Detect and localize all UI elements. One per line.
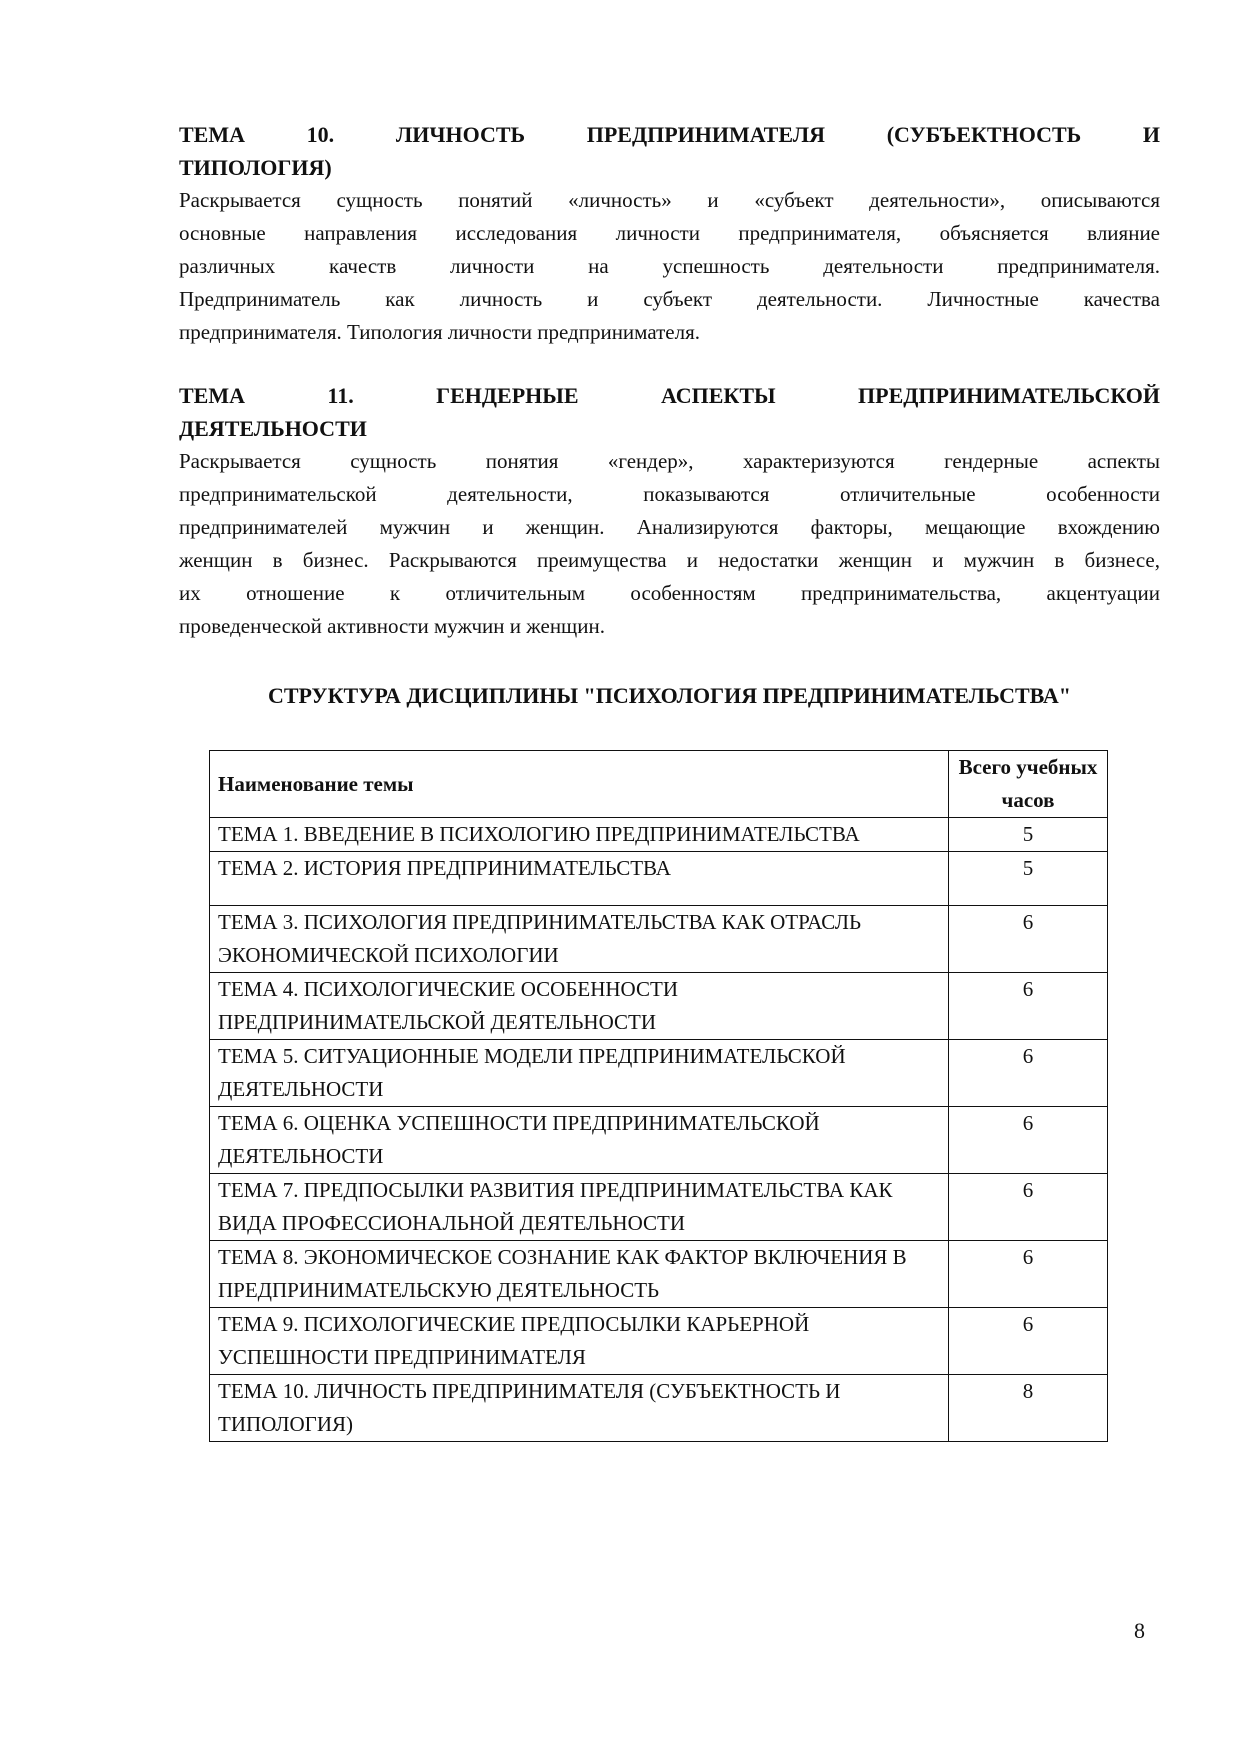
table-row: ТЕМА 9. ПСИХОЛОГИЧЕСКИЕ ПРЕДПОСЫЛКИ КАРЬ… — [210, 1308, 1108, 1375]
topic-name-cell: ТЕМА 9. ПСИХОЛОГИЧЕСКИЕ ПРЕДПОСЫЛКИ КАРЬ… — [210, 1308, 949, 1375]
topic-name-cell: ТЕМА 7. ПРЕДПОСЫЛКИ РАЗВИТИЯ ПРЕДПРИНИМА… — [210, 1174, 949, 1241]
hours-cell: 5 — [949, 818, 1108, 852]
column-header-topic: Наименование темы — [210, 751, 949, 818]
table-row: ТЕМА 7. ПРЕДПОСЫЛКИ РАЗВИТИЯ ПРЕДПРИНИМА… — [210, 1174, 1108, 1241]
hours-cell: 5 — [949, 852, 1108, 906]
heading-word: 11. — [327, 379, 353, 412]
hours-cell: 6 — [949, 906, 1108, 973]
topic-name-cell: ТЕМА 10. ЛИЧНОСТЬ ПРЕДПРИНИМАТЕЛЯ (СУБЪЕ… — [210, 1375, 949, 1442]
section-heading: ТЕМА11.ГЕНДЕРНЫЕАСПЕКТЫПРЕДПРИНИМАТЕЛЬСК… — [179, 379, 1160, 445]
hours-cell: 6 — [949, 973, 1108, 1040]
structure-title: СТРУКТУРА ДИСЦИПЛИНЫ "ПСИХОЛОГИЯ ПРЕДПРИ… — [179, 683, 1160, 709]
topic-name-cell: ТЕМА 1. ВВЕДЕНИЕ В ПСИХОЛОГИЮ ПРЕДПРИНИМ… — [210, 818, 949, 852]
section-topic-11: ТЕМА11.ГЕНДЕРНЫЕАСПЕКТЫПРЕДПРИНИМАТЕЛЬСК… — [179, 379, 1160, 643]
hours-cell: 8 — [949, 1375, 1108, 1442]
paragraph-line: их отношение к отличительным особенностя… — [179, 577, 1160, 610]
table-header-row: Наименование темы Всего учебных часов — [210, 751, 1108, 818]
topic-name-cell: ТЕМА 6. ОЦЕНКА УСПЕШНОСТИ ПРЕДПРИНИМАТЕЛ… — [210, 1107, 949, 1174]
paragraph-line: Раскрывается сущность понятий «личность»… — [179, 184, 1160, 217]
section-heading: ТЕМА10.ЛИЧНОСТЬПРЕДПРИНИМАТЕЛЯ(СУБЪЕКТНО… — [179, 118, 1160, 184]
heading-word: ГЕНДЕРНЫЕ — [436, 379, 578, 412]
heading-line-1: ТЕМА10.ЛИЧНОСТЬПРЕДПРИНИМАТЕЛЯ(СУБЪЕКТНО… — [179, 118, 1160, 151]
topic-name-cell: ТЕМА 8. ЭКОНОМИЧЕСКОЕ СОЗНАНИЕ КАК ФАКТО… — [210, 1241, 949, 1308]
table-row: ТЕМА 8. ЭКОНОМИЧЕСКОЕ СОЗНАНИЕ КАК ФАКТО… — [210, 1241, 1108, 1308]
table-row: ТЕМА 5. СИТУАЦИОННЫЕ МОДЕЛИ ПРЕДПРИНИМАТ… — [210, 1040, 1108, 1107]
paragraph-line: Предприниматель как личность и субъект д… — [179, 283, 1160, 316]
heading-line-2: ТИПОЛОГИЯ) — [179, 151, 1160, 184]
document-body: ТЕМА10.ЛИЧНОСТЬПРЕДПРИНИМАТЕЛЯ(СУБЪЕКТНО… — [179, 118, 1160, 673]
heading-word: ТЕМА — [179, 379, 245, 412]
heading-word: 10. — [307, 118, 335, 151]
hours-cell: 6 — [949, 1308, 1108, 1375]
hours-cell: 6 — [949, 1174, 1108, 1241]
topic-name-cell: ТЕМА 2. ИСТОРИЯ ПРЕДПРИНИМАТЕЛЬСТВА — [210, 852, 949, 906]
paragraph-line: предпринимательской деятельности, показы… — [179, 478, 1160, 511]
topic-name-cell: ТЕМА 3. ПСИХОЛОГИЯ ПРЕДПРИНИМАТЕЛЬСТВА К… — [210, 906, 949, 973]
table-row: ТЕМА 4. ПСИХОЛОГИЧЕСКИЕ ОСОБЕННОСТИ ПРЕД… — [210, 973, 1108, 1040]
heading-word: ПРЕДПРИНИМАТЕЛЯ — [587, 118, 825, 151]
section-topic-10: ТЕМА10.ЛИЧНОСТЬПРЕДПРИНИМАТЕЛЯ(СУБЪЕКТНО… — [179, 118, 1160, 349]
heading-word: ПРЕДПРИНИМАТЕЛЬСКОЙ — [858, 379, 1160, 412]
hours-cell: 6 — [949, 1040, 1108, 1107]
heading-word: И — [1143, 118, 1160, 151]
heading-line-1: ТЕМА11.ГЕНДЕРНЫЕАСПЕКТЫПРЕДПРИНИМАТЕЛЬСК… — [179, 379, 1160, 412]
paragraph-line: женщин в бизнес. Раскрываются преимущест… — [179, 544, 1160, 577]
paragraph-line: предпринимателя. Типология личности пред… — [179, 316, 1160, 349]
heading-word: ТЕМА — [179, 118, 245, 151]
page-number: 8 — [1134, 1618, 1145, 1644]
section-paragraph: Раскрывается сущность понятий «личность»… — [179, 184, 1160, 349]
hours-cell: 6 — [949, 1107, 1108, 1174]
table-row: ТЕМА 3. ПСИХОЛОГИЯ ПРЕДПРИНИМАТЕЛЬСТВА К… — [210, 906, 1108, 973]
heading-word: (СУБЪЕКТНОСТЬ — [887, 118, 1082, 151]
paragraph-line: Раскрывается сущность понятия «гендер», … — [179, 445, 1160, 478]
paragraph-line: основные направления исследования личнос… — [179, 217, 1160, 250]
section-paragraph: Раскрывается сущность понятия «гендер», … — [179, 445, 1160, 643]
paragraph-line: проведенческой активности мужчин и женщи… — [179, 610, 1160, 643]
heading-line-2: ДЕЯТЕЛЬНОСТИ — [179, 412, 1160, 445]
column-header-hours: Всего учебных часов — [949, 751, 1108, 818]
heading-word: АСПЕКТЫ — [661, 379, 776, 412]
structure-table: Наименование темы Всего учебных часов ТЕ… — [209, 750, 1108, 1442]
topic-name-cell: ТЕМА 5. СИТУАЦИОННЫЕ МОДЕЛИ ПРЕДПРИНИМАТ… — [210, 1040, 949, 1107]
heading-word: ЛИЧНОСТЬ — [396, 118, 525, 151]
table-row: ТЕМА 2. ИСТОРИЯ ПРЕДПРИНИМАТЕЛЬСТВА5 — [210, 852, 1108, 906]
paragraph-line: различных качеств личности на успешность… — [179, 250, 1160, 283]
hours-cell: 6 — [949, 1241, 1108, 1308]
table-row: ТЕМА 10. ЛИЧНОСТЬ ПРЕДПРИНИМАТЕЛЯ (СУБЪЕ… — [210, 1375, 1108, 1442]
topic-name-cell: ТЕМА 4. ПСИХОЛОГИЧЕСКИЕ ОСОБЕННОСТИ ПРЕД… — [210, 973, 949, 1040]
table-row: ТЕМА 1. ВВЕДЕНИЕ В ПСИХОЛОГИЮ ПРЕДПРИНИМ… — [210, 818, 1108, 852]
paragraph-line: предпринимателей мужчин и женщин. Анализ… — [179, 511, 1160, 544]
table-row: ТЕМА 6. ОЦЕНКА УСПЕШНОСТИ ПРЕДПРИНИМАТЕЛ… — [210, 1107, 1108, 1174]
